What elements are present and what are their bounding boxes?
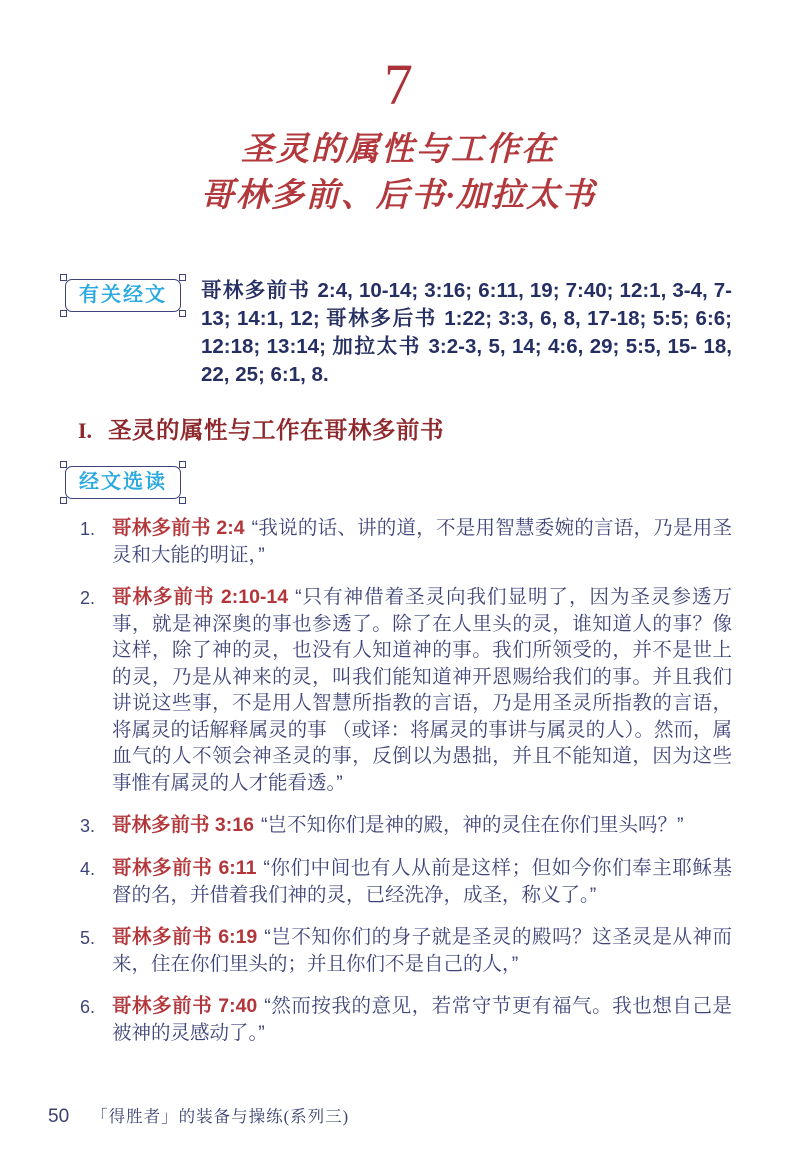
item-number: 2. [80, 584, 112, 611]
item-text-block: 哥林多前书 2:4“我说的话、讲的道，不是用智慧委婉的言语，乃是用圣灵和大能的明… [112, 515, 732, 568]
chapter-title: 圣灵的属性与工作在 哥林多前、后书·加拉太书 [65, 127, 732, 219]
related-scriptures-tag: 有关经文 [65, 279, 181, 312]
related-scriptures-list: 哥林多前书 2:4, 10-14; 3:16; 6:11, 19; 7:40; … [201, 277, 732, 389]
item-text-block: 哥林多前书 6:19“岂不知你们的身子就是圣灵的殿吗？这圣灵是从神而来，住在你们… [112, 924, 732, 977]
page-number: 50 [48, 1106, 69, 1128]
scripture-item: 5. 哥林多前书 6:19“岂不知你们的身子就是圣灵的殿吗？这圣灵是从神而来，住… [80, 924, 732, 977]
item-number: 3. [80, 812, 112, 839]
scripture-reference: 哥林多前书 7:40 [112, 995, 257, 1017]
chapter-title-line1: 圣灵的属性与工作在 [65, 127, 732, 173]
section-numeral: I. [78, 418, 92, 443]
item-number: 6. [80, 993, 112, 1020]
item-text-block: 哥林多前书 2:10-14“只有神借着圣灵向我们显明了，因为圣灵参透万事，就是神… [112, 584, 732, 796]
scripture-reference: 哥林多前书 2:4 [112, 517, 245, 539]
reading-selection-tag: 经文选读 [65, 466, 181, 499]
item-text-block: 哥林多前书 7:40“然而按我的意见，若常守节更有福气。我也想自己是被神的灵感动… [112, 993, 732, 1046]
tag-corner-ornament [179, 310, 186, 317]
chapter-title-line2: 哥林多前、后书·加拉太书 [65, 173, 732, 219]
item-text-block: 哥林多前书 3:16“岂不知你们是神的殿，神的灵住在你们里头吗？” [112, 812, 732, 839]
book-page: 7 圣灵的属性与工作在 哥林多前、后书·加拉太书 有关经文 哥林多前书 2:4,… [0, 0, 790, 1170]
section-title: 圣灵的属性与工作在哥林多前书 [108, 417, 444, 443]
book-name: 加拉太书 [332, 335, 428, 358]
item-number: 1. [80, 515, 112, 542]
tag-corner-ornament [179, 461, 186, 468]
scripture-item: 4. 哥林多前书 6:11“你们中间也有人从前是这样；但如今你们奉主耶稣基督的名… [80, 855, 732, 908]
reading-tag-row: 经文选读 [65, 466, 732, 499]
scripture-reference: 哥林多前书 3:16 [112, 814, 254, 836]
scripture-items: 1. 哥林多前书 2:4“我说的话、讲的道，不是用智慧委婉的言语，乃是用圣灵和大… [65, 515, 732, 1046]
item-number: 4. [80, 855, 112, 882]
page-footer: 50 「得胜者」的装备与操练(系列三) [48, 1103, 349, 1128]
tag-corner-ornament [60, 274, 67, 281]
scripture-reference: 哥林多前书 2:10-14 [112, 586, 288, 608]
reading-selection-label: 经文选读 [79, 471, 167, 493]
scripture-quote: “岂不知你们是神的殿，神的灵住在你们里头吗？” [261, 814, 684, 836]
chapter-number: 7 [65, 55, 732, 115]
related-scriptures-section: 有关经文 哥林多前书 2:4, 10-14; 3:16; 6:11, 19; 7… [65, 277, 732, 389]
tag-corner-ornament [60, 310, 67, 317]
book-series-title: 「得胜者」的装备与操练(系列三) [91, 1103, 349, 1127]
scripture-item: 6. 哥林多前书 7:40“然而按我的意见，若常守节更有福气。我也想自己是被神的… [80, 993, 732, 1046]
tag-corner-ornament [60, 461, 67, 468]
book-name: 哥林多后书 [326, 307, 444, 330]
item-number: 5. [80, 924, 112, 951]
page-content: 7 圣灵的属性与工作在 哥林多前、后书·加拉太书 有关经文 哥林多前书 2:4,… [0, 0, 790, 1046]
scripture-item: 3. 哥林多前书 3:16“岂不知你们是神的殿，神的灵住在你们里头吗？” [80, 812, 732, 839]
scripture-item: 1. 哥林多前书 2:4“我说的话、讲的道，不是用智慧委婉的言语，乃是用圣灵和大… [80, 515, 732, 568]
scripture-reference: 哥林多前书 6:19 [112, 926, 257, 948]
scripture-reference: 哥林多前书 6:11 [112, 857, 256, 879]
related-scriptures-label: 有关经文 [79, 284, 167, 306]
tag-corner-ornament [179, 497, 186, 504]
scripture-quote: “只有神借着圣灵向我们显明了，因为圣灵参透万事，就是神深奥的事也参透了。除了在人… [112, 586, 732, 794]
tag-corner-ornament [60, 497, 67, 504]
item-text-block: 哥林多前书 6:11“你们中间也有人从前是这样；但如今你们奉主耶稣基督的名，并借… [112, 855, 732, 908]
section-heading: I.圣灵的属性与工作在哥林多前书 [65, 415, 732, 446]
book-name: 哥林多前书 [201, 279, 318, 302]
tag-corner-ornament [179, 274, 186, 281]
scripture-item: 2. 哥林多前书 2:10-14“只有神借着圣灵向我们显明了，因为圣灵参透万事，… [80, 584, 732, 796]
